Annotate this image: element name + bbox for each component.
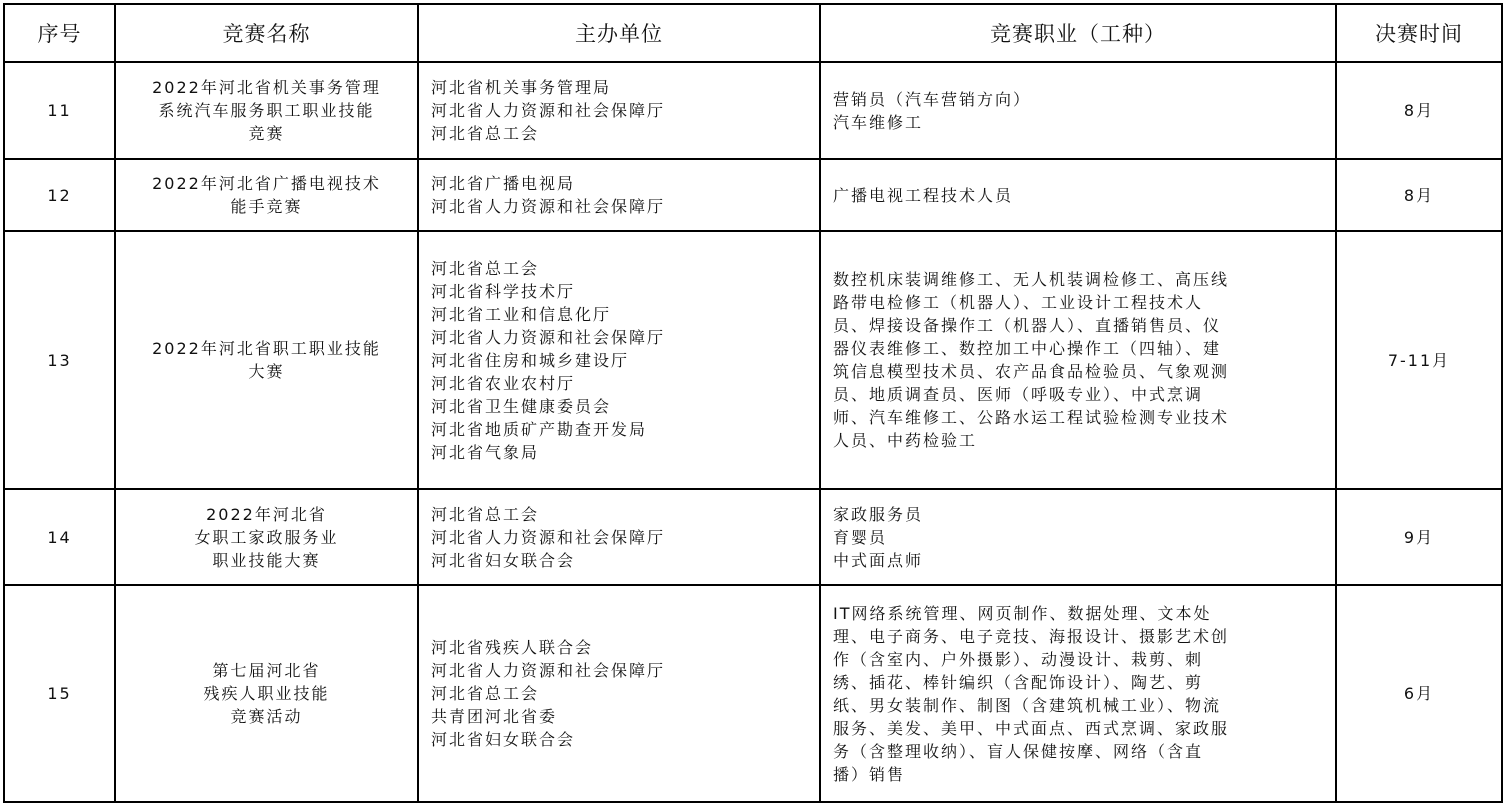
header-organizers: 主办单位 [418, 4, 820, 62]
competition-table: 序号 竞赛名称 主办单位 竞赛职业（工种） 决赛时间 11 2022年河北省机关… [3, 3, 1503, 803]
occupation-line: 营销员（汽车营销方向） [833, 88, 1311, 111]
organizers: 河北省机关事务管理局 河北省人力资源和社会保障厅 河北省总工会 [418, 62, 820, 159]
organizer: 河北省妇女联合会 [431, 549, 819, 572]
final-time: 8月 [1336, 62, 1502, 159]
name-line: 第七届河北省 [116, 659, 417, 682]
occupations: 数控机床装调维修工、无人机装调检修工、高压线 路带电检修工（机器人）、工业设计工… [820, 231, 1336, 489]
table-row: 12 2022年河北省广播电视技术 能手竞赛 河北省广播电视局 河北省人力资源和… [4, 159, 1502, 231]
occupation-line: 绣、插花、棒针编织（含配饰设计）、陶艺、剪 [833, 671, 1311, 694]
competition-name: 2022年河北省 女职工家政服务业 职业技能大赛 [115, 489, 418, 585]
organizers: 河北省广播电视局 河北省人力资源和社会保障厅 [418, 159, 820, 231]
organizer: 河北省总工会 [431, 257, 819, 280]
row-number: 13 [4, 231, 115, 489]
organizer: 共青团河北省委 [431, 705, 819, 728]
table-row: 14 2022年河北省 女职工家政服务业 职业技能大赛 河北省总工会 河北省人力… [4, 489, 1502, 585]
competition-name: 2022年河北省广播电视技术 能手竞赛 [115, 159, 418, 231]
occupations: 家政服务员 育婴员 中式面点师 [820, 489, 1336, 585]
header-no: 序号 [4, 4, 115, 62]
competition-name: 第七届河北省 残疾人职业技能 竞赛活动 [115, 585, 418, 802]
organizer: 河北省妇女联合会 [431, 728, 819, 751]
organizer: 河北省住房和城乡建设厅 [431, 349, 819, 372]
organizer: 河北省残疾人联合会 [431, 636, 819, 659]
name-line: 2022年河北省职工职业技能 [116, 337, 417, 360]
organizer: 河北省科学技术厅 [431, 280, 819, 303]
name-line: 残疾人职业技能 [116, 682, 417, 705]
organizer: 河北省工业和信息化厅 [431, 303, 819, 326]
occupations: 广播电视工程技术人员 [820, 159, 1336, 231]
organizer: 河北省人力资源和社会保障厅 [431, 659, 819, 682]
organizer: 河北省总工会 [431, 503, 819, 526]
name-line: 大赛 [116, 360, 417, 383]
row-number: 11 [4, 62, 115, 159]
competition-name: 2022年河北省机关事务管理 系统汽车服务职工职业技能 竞赛 [115, 62, 418, 159]
name-line: 竞赛活动 [116, 705, 417, 728]
organizers: 河北省总工会 河北省人力资源和社会保障厅 河北省妇女联合会 [418, 489, 820, 585]
occupation-line: 汽车维修工 [833, 111, 1311, 134]
organizer: 河北省农业农村厅 [431, 372, 819, 395]
name-line: 能手竞赛 [116, 195, 417, 218]
final-time: 9月 [1336, 489, 1502, 585]
occupation-line: 理、电子商务、电子竞技、海报设计、摄影艺术创 [833, 625, 1311, 648]
occupation-line: 员、焊接设备操作工（机器人）、直播销售员、仪 [833, 314, 1311, 337]
name-line: 2022年河北省 [116, 503, 417, 526]
row-number: 14 [4, 489, 115, 585]
table-header-row: 序号 竞赛名称 主办单位 竞赛职业（工种） 决赛时间 [4, 4, 1502, 62]
occupation-line: 路带电检修工（机器人）、工业设计工程技术人 [833, 291, 1311, 314]
organizer: 河北省广播电视局 [431, 172, 819, 195]
occupation-line: 家政服务员 [833, 503, 1311, 526]
occupation-line: 筑信息模型技术员、农产品食品检验员、气象观测 [833, 360, 1311, 383]
header-name: 竞赛名称 [115, 4, 418, 62]
occupation-line: 员、地质调查员、医师（呼吸专业）、中式烹调 [833, 383, 1311, 406]
occupations: IT网络系统管理、网页制作、数据处理、文本处 理、电子商务、电子竞技、海报设计、… [820, 585, 1336, 802]
competition-name: 2022年河北省职工职业技能 大赛 [115, 231, 418, 489]
table-row: 11 2022年河北省机关事务管理 系统汽车服务职工职业技能 竞赛 河北省机关事… [4, 62, 1502, 159]
occupations: 营销员（汽车营销方向） 汽车维修工 [820, 62, 1336, 159]
organizer: 河北省卫生健康委员会 [431, 395, 819, 418]
organizer: 河北省人力资源和社会保障厅 [431, 326, 819, 349]
organizer: 河北省总工会 [431, 122, 819, 145]
organizer: 河北省地质矿产勘查开发局 [431, 418, 819, 441]
organizer: 河北省气象局 [431, 441, 819, 464]
occupation-line: 服务、美发、美甲、中式面点、西式烹调、家政服 [833, 717, 1311, 740]
occupation-line: 器仪表维修工、数控加工中心操作工（四轴）、建 [833, 337, 1311, 360]
occupation-line: IT网络系统管理、网页制作、数据处理、文本处 [833, 602, 1311, 625]
occupation-line: 务（含整理收纳）、盲人保健按摩、网络（含直 [833, 740, 1311, 763]
final-time: 7-11月 [1336, 231, 1502, 489]
organizers: 河北省残疾人联合会 河北省人力资源和社会保障厅 河北省总工会 共青团河北省委 河… [418, 585, 820, 802]
row-number: 15 [4, 585, 115, 802]
row-number: 12 [4, 159, 115, 231]
organizer: 河北省人力资源和社会保障厅 [431, 99, 819, 122]
occupation-line: 育婴员 [833, 526, 1311, 549]
table-row: 15 第七届河北省 残疾人职业技能 竞赛活动 河北省残疾人联合会 河北省人力资源… [4, 585, 1502, 802]
final-time: 6月 [1336, 585, 1502, 802]
final-time: 8月 [1336, 159, 1502, 231]
organizer: 河北省总工会 [431, 682, 819, 705]
name-line: 2022年河北省机关事务管理 [116, 76, 417, 99]
occupation-line: 师、汽车维修工、公路水运工程试验检测专业技术 [833, 406, 1311, 429]
occupation-line: 中式面点师 [833, 549, 1311, 572]
organizer: 河北省机关事务管理局 [431, 76, 819, 99]
name-line: 2022年河北省广播电视技术 [116, 172, 417, 195]
organizer: 河北省人力资源和社会保障厅 [431, 195, 819, 218]
name-line: 系统汽车服务职工职业技能 [116, 99, 417, 122]
name-line: 竞赛 [116, 122, 417, 145]
organizer: 河北省人力资源和社会保障厅 [431, 526, 819, 549]
occupation-line: 人员、中药检验工 [833, 429, 1311, 452]
table-row: 13 2022年河北省职工职业技能 大赛 河北省总工会 河北省科学技术厅 河北省… [4, 231, 1502, 489]
occupation-line: 播）销售 [833, 763, 1311, 786]
organizers: 河北省总工会 河北省科学技术厅 河北省工业和信息化厅 河北省人力资源和社会保障厅… [418, 231, 820, 489]
occupation-line: 数控机床装调维修工、无人机装调检修工、高压线 [833, 268, 1311, 291]
occupation-line: 广播电视工程技术人员 [833, 184, 1311, 207]
occupation-line: 纸、男女装制作、制图（含建筑机械工业）、物流 [833, 694, 1311, 717]
name-line: 职业技能大赛 [116, 549, 417, 572]
header-final-time: 决赛时间 [1336, 4, 1502, 62]
occupation-line: 作（含室内、户外摄影）、动漫设计、栽剪、刺 [833, 648, 1311, 671]
name-line: 女职工家政服务业 [116, 526, 417, 549]
header-occupations: 竞赛职业（工种） [820, 4, 1336, 62]
